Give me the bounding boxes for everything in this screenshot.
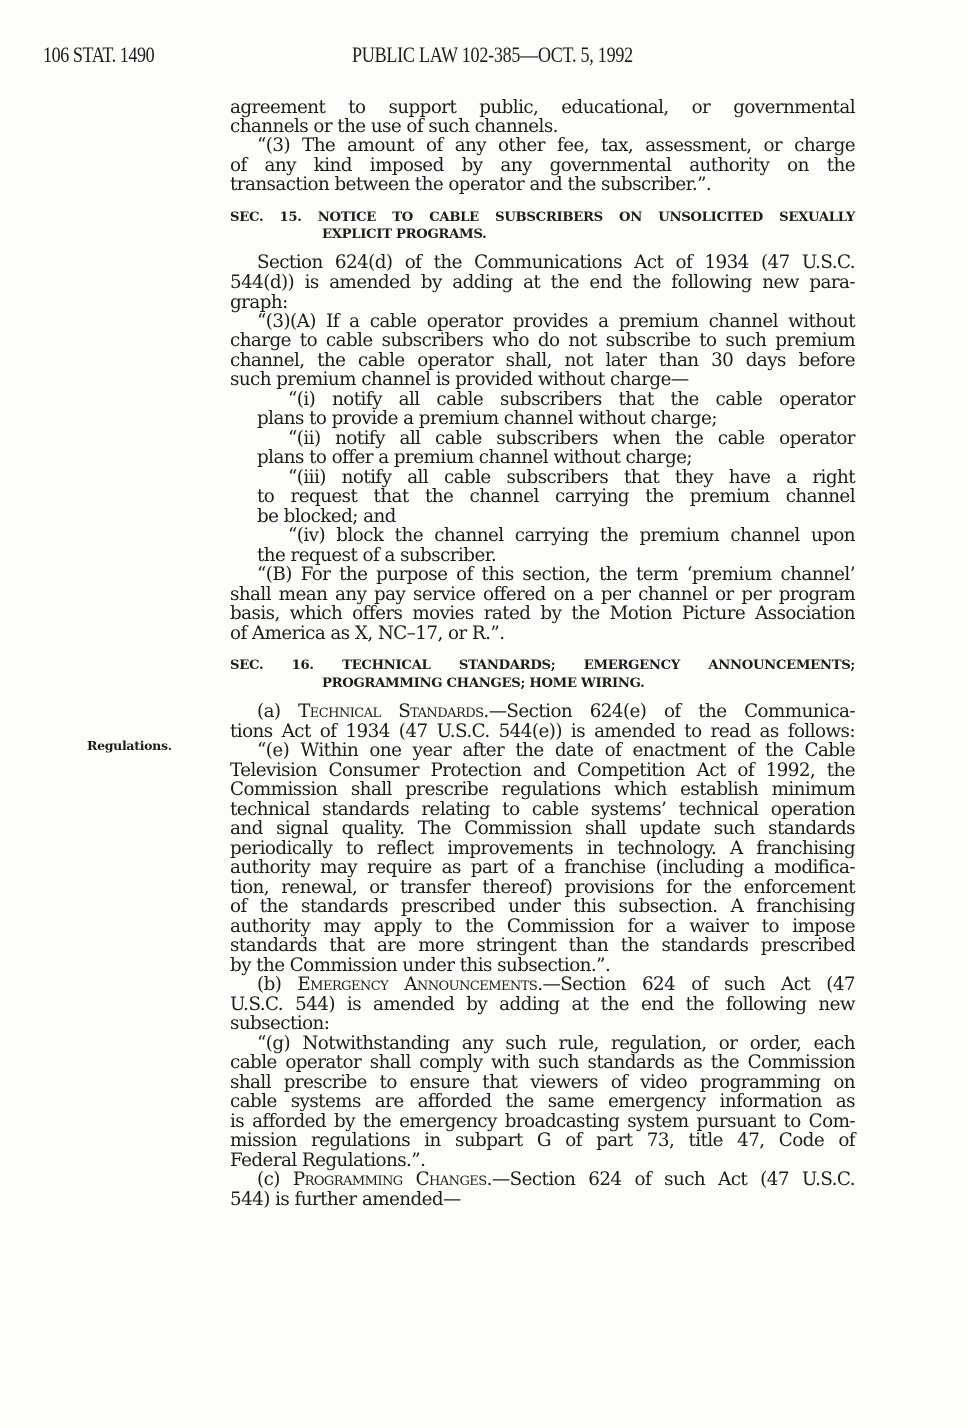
text-line: 544) is further amended— — [230, 1190, 855, 1210]
text-line: basis, which offers movies rated by the … — [230, 604, 855, 624]
subsection-c-prefix: (c) — [257, 1169, 293, 1190]
text-line: shall prescribe to ensure that viewers o… — [230, 1073, 855, 1093]
text-line: such premium channel is provided without… — [230, 370, 855, 390]
section-15-heading-cont: EXPLICIT PROGRAMS. — [322, 226, 855, 244]
text-line: channel, the cable operator shall, not l… — [230, 351, 855, 371]
subsection-a-caption: Technical Standards. — [298, 701, 489, 722]
text-line: subsection: — [230, 1014, 855, 1034]
text-line: the request of a subscriber. — [257, 546, 855, 566]
page-header: 106 STAT. 1490 PUBLIC LAW 102-385—OCT. 5… — [0, 42, 969, 78]
subsection-a-text: —Section 624(e) of the Communica- — [489, 701, 855, 722]
text-line: plans to provide a premium channel witho… — [257, 409, 855, 429]
text-line: “(3)(A) If a cable operator provides a p… — [257, 312, 855, 332]
text-line: technical standards relating to cable sy… — [230, 800, 855, 820]
text-line: tion, renewal, or transfer thereof) prov… — [230, 878, 855, 898]
text-line: of the standards prescribed under this s… — [230, 897, 855, 917]
text-line: agreement to support public, educational… — [230, 98, 855, 118]
text-line: “(iii) notify all cable subscribers that… — [288, 468, 855, 488]
text-line: standards that are more stringent than t… — [230, 936, 855, 956]
text-line: “(B) For the purpose of this section, th… — [257, 565, 855, 585]
text-line: charge to cable subscribers who do not s… — [230, 331, 855, 351]
text-line: by the Commission under this subsection.… — [230, 956, 855, 976]
text-line: Commission shall prescribe regulations w… — [230, 780, 855, 800]
text-line: “(iv) block the channel carrying the pre… — [288, 526, 855, 546]
text-line: authority may apply to the Commission fo… — [230, 917, 855, 937]
text-line: channels or the use of such channels. — [230, 117, 855, 137]
section-15-heading: SEC. 15. NOTICE TO CABLE SUBSCRIBERS ON … — [230, 209, 855, 227]
text-line: authority may require as part of a franc… — [230, 858, 855, 878]
text-line: Television Consumer Protection and Compe… — [230, 761, 855, 781]
text-line: graph: — [230, 293, 855, 313]
text-line: tions Act of 1934 (47 U.S.C. 544(e)) is … — [230, 722, 855, 742]
text-line: “(ii) notify all cable subscribers when … — [288, 429, 855, 449]
text-line: Section 624(d) of the Communications Act… — [257, 253, 855, 273]
text-line: periodically to reflect improvements in … — [230, 839, 855, 859]
subsection-b-line: (b) Emergency Announcements.—Section 624… — [257, 975, 855, 995]
subsection-c-line: (c) Programming Changes.—Section 624 of … — [257, 1170, 855, 1190]
page-reference: 106 STAT. 1490 — [43, 42, 154, 68]
text-line: cable systems are afforded the same emer… — [230, 1092, 855, 1112]
text-line: U.S.C. 544) is amended by adding at the … — [230, 995, 855, 1015]
text-line: “(g) Notwithstanding any such rule, regu… — [257, 1034, 855, 1054]
subsection-b-text: —Section 624 of such Act (47 — [542, 974, 855, 995]
text-line: plans to offer a premium channel without… — [257, 448, 855, 468]
subsection-a-line: (a) Technical Standards.—Section 624(e) … — [257, 702, 855, 722]
text-line: to request that the channel carrying the… — [257, 487, 855, 507]
text-line: cable operator shall comply with such st… — [230, 1053, 855, 1073]
text-line: “(i) notify all cable subscribers that t… — [288, 390, 855, 410]
text-line: mission regulations in subpart G of part… — [230, 1131, 855, 1151]
running-title: PUBLIC LAW 102-385—OCT. 5, 1992 — [352, 42, 633, 68]
text-line: of any kind imposed by any governmental … — [230, 156, 855, 176]
text-line: “(3) The amount of any other fee, tax, a… — [257, 136, 855, 156]
subsection-a-prefix: (a) — [257, 701, 298, 722]
text-line: “(e) Within one year after the date of e… — [257, 741, 855, 761]
subsection-c-caption: Programming Changes. — [293, 1169, 492, 1190]
text-line: 544(d)) is amended by adding at the end … — [230, 273, 855, 293]
text-line: and signal quality. The Commission shall… — [230, 819, 855, 839]
text-line: shall mean any pay service offered on a … — [230, 585, 855, 605]
subsection-b-caption: Emergency Announcements. — [297, 974, 542, 995]
text-line: Federal Regulations.”. — [230, 1151, 855, 1171]
text-line: be blocked; and — [257, 507, 855, 527]
text-line: of America as X, NC–17, or R.”. — [230, 624, 855, 644]
section-16-heading-cont: PROGRAMMING CHANGES; HOME WIRING. — [322, 675, 855, 693]
text-line: is afforded by the emergency broadcastin… — [230, 1112, 855, 1132]
subsection-c-text: —Section 624 of such Act (47 U.S.C. — [492, 1169, 855, 1190]
margin-note-regulations: Regulations. — [87, 738, 172, 753]
section-16-heading: SEC. 16. TECHNICAL STANDARDS; EMERGENCY … — [230, 657, 855, 675]
text-line: transaction between the operator and the… — [230, 175, 855, 195]
subsection-b-prefix: (b) — [257, 974, 297, 995]
